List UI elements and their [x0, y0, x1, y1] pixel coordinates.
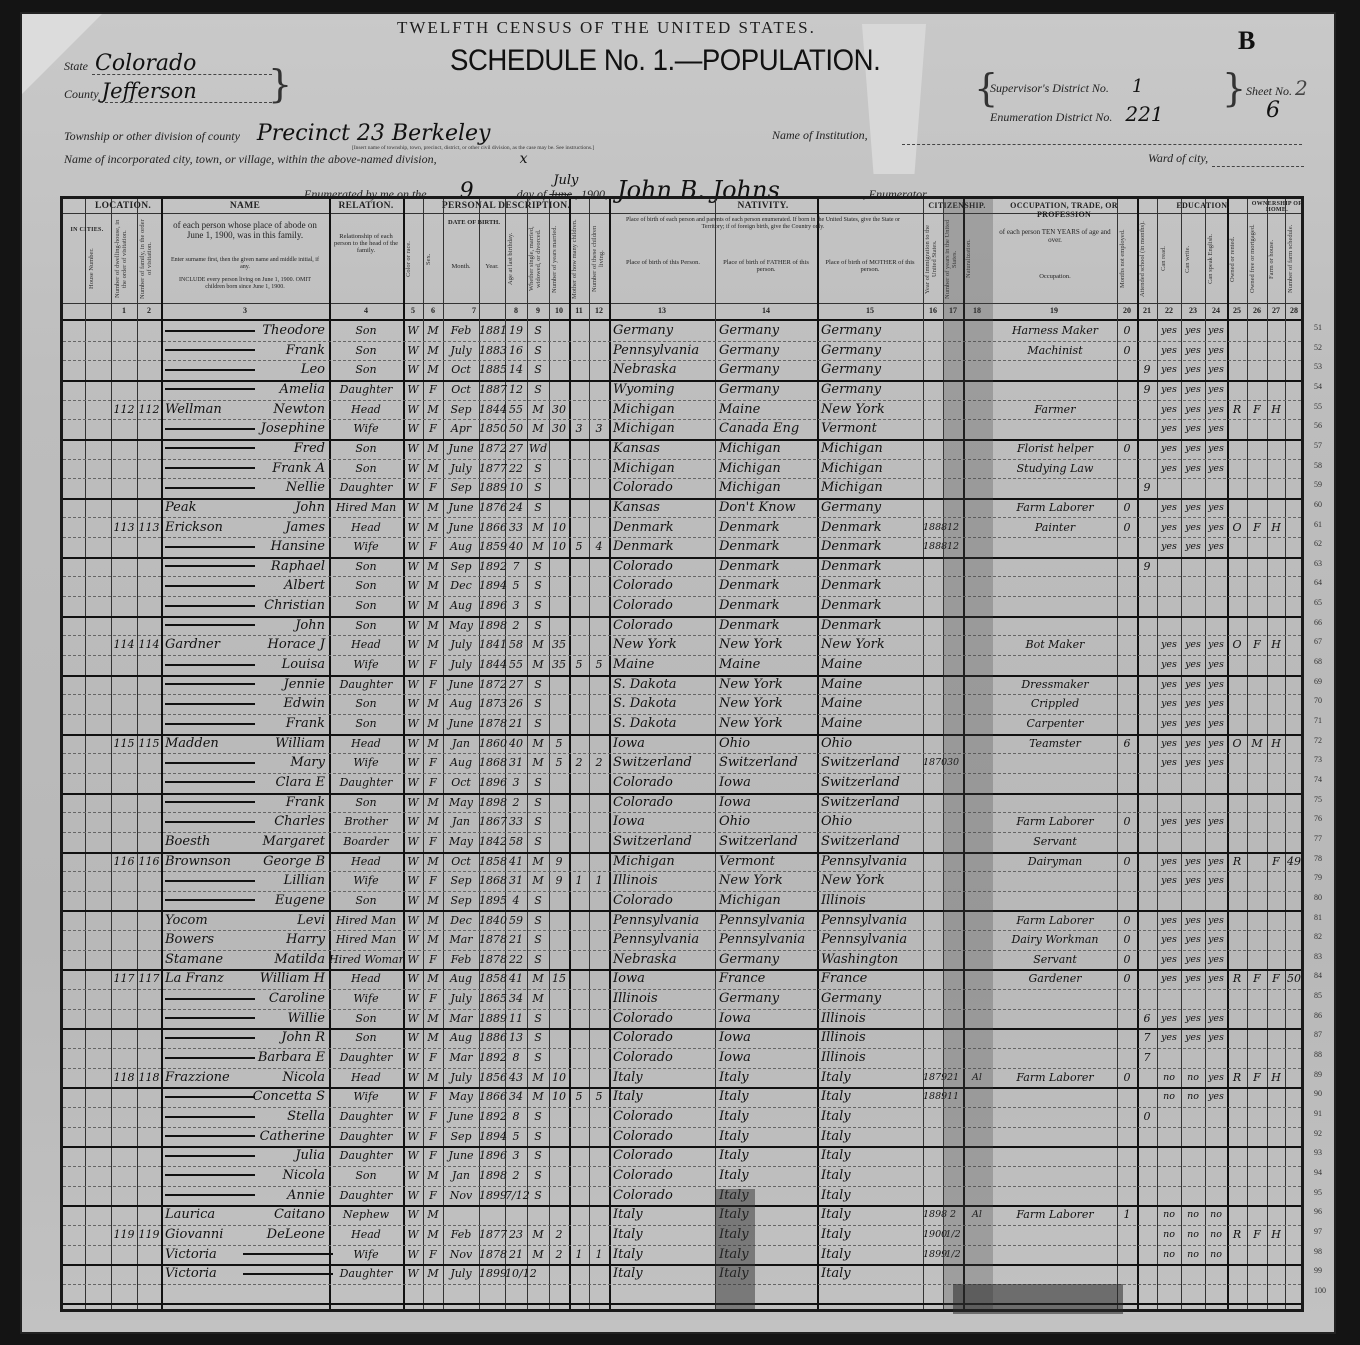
can-speak-english — [1205, 832, 1227, 851]
given-name: George B — [243, 852, 329, 871]
county-underline — [100, 102, 272, 103]
birth-month: July — [443, 1264, 479, 1283]
birth-month: Apr — [443, 419, 479, 438]
farm-schedule-number — [1285, 1205, 1303, 1224]
marital-status: S — [527, 911, 549, 930]
dwelling-number — [111, 675, 137, 694]
birth-year: 1889 — [479, 1009, 505, 1028]
institution-field: Name of Institution, — [772, 128, 868, 143]
farm-schedule-number — [1285, 1146, 1303, 1165]
farm-or-house — [1267, 596, 1285, 615]
farm-or-house — [1267, 419, 1285, 438]
birthplace-father: Iowa — [719, 773, 817, 792]
can-write — [1181, 1166, 1205, 1185]
supervisor-value: 1 — [1132, 76, 1143, 97]
attended-school — [1137, 773, 1157, 792]
age: 50 — [505, 419, 527, 438]
header-education: EDUCATION. — [1157, 201, 1249, 210]
children-living — [589, 714, 609, 733]
occupation — [993, 419, 1117, 438]
mother-of: 1 — [569, 1245, 589, 1264]
color: W — [403, 518, 423, 537]
sex: F — [423, 380, 443, 399]
line-number: 54 — [1314, 382, 1322, 391]
can-write — [1181, 989, 1205, 1008]
farm-or-house — [1267, 911, 1285, 930]
free-mortgaged — [1247, 557, 1267, 576]
immigration-year — [923, 1284, 943, 1303]
dwelling-number — [111, 930, 137, 949]
birth-month: Sep — [443, 557, 479, 576]
header-in-cities: IN CITIES. — [63, 227, 111, 233]
can-read — [1157, 1107, 1181, 1126]
birth-month: June — [443, 714, 479, 733]
can-read: yes — [1157, 655, 1181, 674]
sex: M — [423, 518, 443, 537]
ditto-dash — [165, 998, 255, 1000]
birth-month: June — [443, 1146, 479, 1165]
birth-year: 1887 — [479, 380, 505, 399]
owned-rented — [1227, 1146, 1247, 1165]
farm-schedule-number — [1285, 576, 1303, 595]
line-number: 59 — [1314, 480, 1322, 489]
table-row: Lillian Wife W F Sep 1868 31 M 9 1 1 Ill… — [63, 871, 1301, 892]
color: W — [403, 1009, 423, 1028]
can-speak-english — [1205, 1127, 1227, 1146]
occupation — [993, 537, 1117, 556]
surname — [165, 773, 235, 792]
attended-school — [1137, 753, 1157, 772]
occupation: Machinist — [993, 341, 1117, 360]
dwelling-number — [111, 1087, 137, 1106]
sex: M — [423, 576, 443, 595]
birthplace-father: Iowa — [719, 1048, 817, 1067]
birth-month: Nov — [443, 1186, 479, 1205]
free-mortgaged — [1247, 596, 1267, 615]
colnum: 20 — [1117, 306, 1137, 315]
can-speak-english — [1205, 1048, 1227, 1067]
free-mortgaged — [1247, 930, 1267, 949]
birthplace-father: Germany — [719, 989, 817, 1008]
birth-month: May — [443, 832, 479, 851]
line-number: 99 — [1314, 1266, 1322, 1275]
table-row: Laurica Caitano Nephew W M Italy Italy I… — [63, 1205, 1301, 1226]
farm-schedule-number — [1285, 380, 1303, 399]
family-number — [137, 596, 161, 615]
free-mortgaged — [1247, 812, 1267, 831]
birthplace-father: Denmark — [719, 596, 817, 615]
farm-or-house — [1267, 341, 1285, 360]
occupation: Dressmaker — [993, 675, 1117, 694]
ditto-dash — [165, 899, 255, 901]
can-write: no — [1181, 1068, 1205, 1087]
can-write: yes — [1181, 1009, 1205, 1028]
free-mortgaged — [1247, 616, 1267, 635]
immigration-year — [923, 694, 943, 713]
free-mortgaged: M — [1247, 734, 1267, 753]
farm-or-house — [1267, 930, 1285, 949]
months-unemployed: 0 — [1117, 518, 1137, 537]
colnum: 19 — [991, 306, 1117, 315]
occupation — [993, 380, 1117, 399]
occupation: Dairyman — [993, 852, 1117, 871]
line-number: 92 — [1314, 1129, 1322, 1138]
dwelling-number — [111, 753, 137, 772]
birth-year: 1899 — [479, 1264, 505, 1283]
header-occupation: OCCUPATION, TRADE, OR PROFESSION — [991, 201, 1137, 219]
free-mortgaged — [1247, 1186, 1267, 1205]
vertical-stain — [943, 199, 993, 1309]
farm-or-house — [1267, 1284, 1285, 1303]
table-row: Frank A Son W M July 1877 22 S Michigan … — [63, 459, 1301, 480]
surname — [165, 1009, 235, 1028]
attended-school — [1137, 400, 1157, 419]
given-name: James — [243, 518, 329, 537]
sex: M — [423, 694, 443, 713]
owned-rented: R — [1227, 969, 1247, 988]
enumeration-label: Enumeration District No. — [990, 110, 1112, 124]
family-number: 118 — [137, 1068, 161, 1087]
can-speak-english: yes — [1205, 714, 1227, 733]
age: 41 — [505, 852, 527, 871]
table-row: 116 116 Brownson George B Head W M Oct 1… — [63, 852, 1301, 873]
vheader-marital: Whether single, married, widowed, or div… — [529, 219, 547, 299]
table-row: 113 113 Erickson James Head W M June 186… — [63, 518, 1301, 539]
occupation — [993, 891, 1117, 910]
can-speak-english — [1205, 596, 1227, 615]
family-number: 117 — [137, 969, 161, 988]
sex: M — [423, 635, 443, 654]
ditto-dash — [165, 821, 255, 823]
mother-of — [569, 773, 589, 792]
color: W — [403, 419, 423, 438]
attended-school — [1137, 1166, 1157, 1185]
dwelling-number — [111, 714, 137, 733]
line-number: 87 — [1314, 1030, 1322, 1039]
line-number: 81 — [1314, 913, 1322, 922]
birth-year: 1892 — [479, 557, 505, 576]
header-occupation-sub: Occupation. — [995, 273, 1115, 280]
birthplace-father: Germany — [719, 950, 817, 969]
birthplace-person: Colorado — [613, 1166, 715, 1185]
birth-month: Aug — [443, 596, 479, 615]
attended-school: 0 — [1137, 1107, 1157, 1126]
can-write: yes — [1181, 753, 1205, 772]
table-row: Hansine Wife W F Aug 1859 40 M 10 5 4 De… — [63, 537, 1301, 559]
owned-rented — [1227, 576, 1247, 595]
ditto-dash — [243, 1253, 333, 1255]
can-speak-english: yes — [1205, 1068, 1227, 1087]
mother-of — [569, 714, 589, 733]
surname — [165, 557, 235, 576]
months-unemployed: 0 — [1117, 498, 1137, 517]
birthplace-person: Michigan — [613, 400, 715, 419]
can-write — [1181, 793, 1205, 812]
can-read — [1157, 478, 1181, 497]
can-write: yes — [1181, 911, 1205, 930]
marital-status: S — [527, 812, 549, 831]
colnum: 22 — [1157, 306, 1181, 315]
birthplace-mother: Germany — [821, 498, 923, 517]
owned-rented — [1227, 380, 1247, 399]
mother-of — [569, 341, 589, 360]
line-number: 79 — [1314, 873, 1322, 882]
colnum: 11 — [569, 306, 589, 315]
can-speak-english: yes — [1205, 518, 1227, 537]
birth-year: 1878 — [479, 1245, 505, 1264]
immigration-year — [923, 360, 943, 379]
years-married — [549, 439, 569, 458]
free-mortgaged — [1247, 753, 1267, 772]
children-living: 2 — [589, 753, 609, 772]
occupation — [993, 616, 1117, 635]
can-read: yes — [1157, 635, 1181, 654]
birthplace-mother: Italy — [821, 1166, 923, 1185]
table-row: John R Son W M Aug 1886 13 S Colorado Io… — [63, 1028, 1301, 1049]
occupation — [993, 1028, 1117, 1047]
color: W — [403, 596, 423, 615]
mother-of — [569, 321, 589, 340]
family-number: 114 — [137, 635, 161, 654]
family-number — [137, 380, 161, 399]
can-speak-english — [1205, 1186, 1227, 1205]
free-mortgaged — [1247, 537, 1267, 556]
table-row: Fred Son W M June 1872 27 Wd Kansas Mich… — [63, 439, 1301, 460]
dwelling-number: 114 — [111, 635, 137, 654]
can-read: yes — [1157, 714, 1181, 733]
children-living — [589, 1127, 609, 1146]
relation: Son — [329, 1009, 403, 1028]
birth-month: Dec — [443, 576, 479, 595]
birth-year: 1866 — [479, 1087, 505, 1106]
color: W — [403, 1127, 423, 1146]
line-number: 55 — [1314, 402, 1322, 411]
children-living — [589, 439, 609, 458]
color: W — [403, 1245, 423, 1264]
birthplace-mother: Germany — [821, 989, 923, 1008]
birthplace-mother: Denmark — [821, 518, 923, 537]
farm-or-house — [1267, 655, 1285, 674]
attended-school — [1137, 675, 1157, 694]
ditto-dash — [165, 801, 255, 803]
farm-or-house — [1267, 1087, 1285, 1106]
immigration-year — [923, 812, 943, 831]
dwelling-number — [111, 1186, 137, 1205]
can-write: yes — [1181, 812, 1205, 831]
birthplace-father: New York — [719, 635, 817, 654]
can-speak-english: yes — [1205, 911, 1227, 930]
birth-year: 1844 — [479, 655, 505, 674]
birthplace-mother: Illinois — [821, 1028, 923, 1047]
dwelling-number — [111, 832, 137, 851]
can-write — [1181, 1146, 1205, 1165]
sex: M — [423, 1264, 443, 1283]
can-read: yes — [1157, 852, 1181, 871]
given-name: Mary — [243, 753, 329, 772]
owned-rented — [1227, 1245, 1247, 1264]
occupation — [993, 989, 1117, 1008]
can-speak-english: yes — [1205, 734, 1227, 753]
occupation: Harness Maker — [993, 321, 1117, 340]
months-unemployed — [1117, 871, 1137, 890]
years-married — [549, 360, 569, 379]
header-date-of-birth: DATE OF BIRTH. — [443, 219, 505, 226]
birth-month: July — [443, 1068, 479, 1087]
owned-rented — [1227, 419, 1247, 438]
age: 10 — [505, 478, 527, 497]
surname — [165, 1127, 235, 1146]
surname — [165, 891, 235, 910]
color: W — [403, 439, 423, 458]
can-read: yes — [1157, 1028, 1181, 1047]
birthplace-person: Michigan — [613, 852, 715, 871]
immigration-year — [923, 930, 943, 949]
months-unemployed: 0 — [1117, 321, 1137, 340]
age: 58 — [505, 635, 527, 654]
family-number — [137, 1028, 161, 1047]
given-name: Fred — [243, 439, 329, 458]
dwelling-number — [111, 793, 137, 812]
occupation — [993, 1048, 1117, 1067]
family-number — [137, 1245, 161, 1264]
relation: Son — [329, 714, 403, 733]
children-living — [589, 773, 609, 792]
vheader-free-mortgaged: Owned free or mortgaged. — [1250, 219, 1264, 299]
color: W — [403, 1087, 423, 1106]
birthplace-father: Maine — [719, 655, 817, 674]
header-name: NAME — [161, 201, 329, 211]
ditto-dash — [165, 447, 255, 449]
relation: Son — [329, 891, 403, 910]
line-number: 67 — [1314, 637, 1322, 646]
free-mortgaged — [1247, 459, 1267, 478]
farm-schedule-number — [1285, 891, 1303, 910]
immigration-year — [923, 793, 943, 812]
birth-month: Nov — [443, 1245, 479, 1264]
years-married — [549, 616, 569, 635]
attended-school — [1137, 1205, 1157, 1224]
children-living — [589, 459, 609, 478]
farm-or-house — [1267, 498, 1285, 517]
line-number: 68 — [1314, 657, 1322, 666]
relation: Son — [329, 596, 403, 615]
birthplace-mother: Switzerland — [821, 793, 923, 812]
can-write: yes — [1181, 321, 1205, 340]
children-living — [589, 321, 609, 340]
birthplace-person — [613, 1284, 715, 1303]
surname — [165, 1087, 235, 1106]
can-speak-english: yes — [1205, 419, 1227, 438]
immigration-year — [923, 498, 943, 517]
dwelling-number — [111, 459, 137, 478]
immigration-year — [923, 576, 943, 595]
years-married — [549, 832, 569, 851]
months-unemployed — [1117, 714, 1137, 733]
city-label: Name of incorporated city, town, or vill… — [64, 152, 437, 166]
owned-rented — [1227, 341, 1247, 360]
family-number: 116 — [137, 852, 161, 871]
children-living — [589, 1009, 609, 1028]
can-speak-english: no — [1205, 1205, 1227, 1224]
given-name: Eugene — [243, 891, 329, 910]
sex: F — [423, 1146, 443, 1165]
relation: Wife — [329, 1245, 403, 1264]
marital-status: M — [527, 537, 549, 556]
ditto-dash — [165, 467, 255, 469]
free-mortgaged — [1247, 1009, 1267, 1028]
can-read: yes — [1157, 341, 1181, 360]
sex: M — [423, 852, 443, 871]
given-name: Barbara E — [243, 1048, 329, 1067]
birth-year: 1898 — [479, 616, 505, 635]
free-mortgaged — [1247, 439, 1267, 458]
birthplace-person: Colorado — [613, 773, 715, 792]
color: W — [403, 832, 423, 851]
can-read: yes — [1157, 459, 1181, 478]
children-living — [589, 1284, 609, 1303]
farm-schedule-number — [1285, 1009, 1303, 1028]
birthplace-person: Wyoming — [613, 380, 715, 399]
attended-school: 9 — [1137, 478, 1157, 497]
colnum: 15 — [817, 306, 923, 315]
dwelling-number — [111, 812, 137, 831]
can-write: yes — [1181, 694, 1205, 713]
birth-month: July — [443, 635, 479, 654]
sex: F — [423, 1048, 443, 1067]
given-name — [243, 1264, 329, 1283]
years-married — [549, 675, 569, 694]
birth-month: July — [443, 341, 479, 360]
birthplace-mother: Maine — [821, 714, 923, 733]
farm-schedule-number — [1285, 537, 1303, 556]
supervisor-label: Supervisor's District No. — [990, 81, 1109, 95]
farm-schedule-number — [1285, 1127, 1303, 1146]
years-married — [549, 1048, 569, 1067]
months-unemployed — [1117, 1107, 1137, 1126]
age: 27 — [505, 439, 527, 458]
mother-of — [569, 635, 589, 654]
dwelling-number — [111, 1028, 137, 1047]
birthplace-mother: Italy — [821, 1107, 923, 1126]
surname — [165, 439, 235, 458]
age: 8 — [505, 1107, 527, 1126]
birthplace-father: Germany — [719, 360, 817, 379]
table-row: Eugene Son W M Sep 1895 4 S Colorado Mic… — [63, 891, 1301, 913]
birth-month: Aug — [443, 694, 479, 713]
relation: Head — [329, 969, 403, 988]
given-name: Frank — [243, 714, 329, 733]
immigration-year — [923, 734, 943, 753]
birthplace-person: Colorado — [613, 1127, 715, 1146]
children-living — [589, 557, 609, 576]
state-underline — [92, 74, 272, 75]
can-speak-english: yes — [1205, 439, 1227, 458]
birthplace-father: Germany — [719, 321, 817, 340]
ditto-dash — [165, 880, 255, 882]
line-number: 98 — [1314, 1247, 1322, 1256]
sheet-no-stamp: 2 — [1295, 76, 1308, 100]
occupation — [993, 1225, 1117, 1244]
can-speak-english: yes — [1205, 321, 1227, 340]
ditto-dash — [165, 330, 255, 332]
owned-rented: R — [1227, 1068, 1247, 1087]
birthplace-mother: Michigan — [821, 478, 923, 497]
owned-rented: O — [1227, 518, 1247, 537]
birth-month: Sep — [443, 871, 479, 890]
birthplace-person: Iowa — [613, 969, 715, 988]
years-married — [549, 694, 569, 713]
family-number — [137, 537, 161, 556]
